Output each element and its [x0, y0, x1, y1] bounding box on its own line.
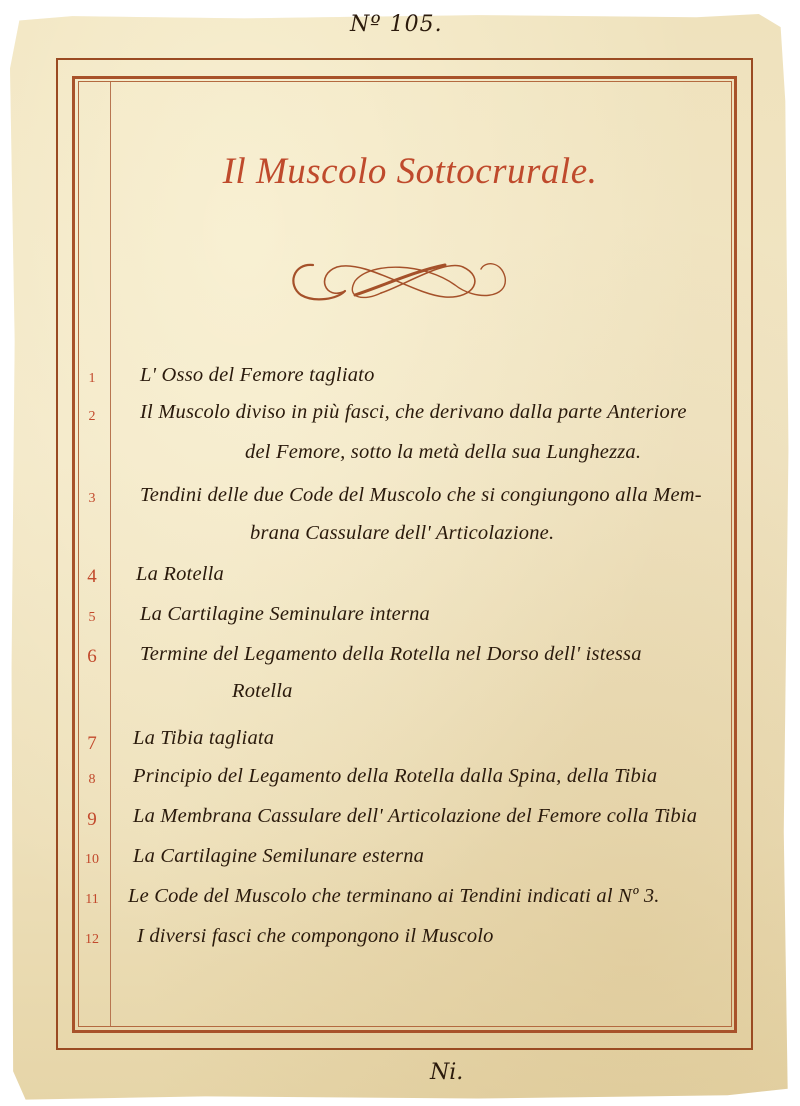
entry-number: 5: [80, 610, 104, 626]
entry-number: 6: [80, 646, 104, 668]
entry-text: Le Code del Muscolo che terminano ai Ten…: [128, 885, 660, 908]
entry-number: 12: [80, 932, 104, 948]
entry-text: La Cartilagine Semilunare esterna: [133, 845, 424, 868]
entry-text: Il Muscolo diviso in più fasci, che deri…: [140, 401, 687, 424]
entry-text: L' Osso del Femore tagliato: [140, 364, 375, 387]
entry-number: 3: [80, 491, 104, 507]
entry-text: Principio del Legamento della Rotella da…: [133, 765, 657, 788]
entry-text-continuation: brana Cassulare dell' Articolazione.: [250, 522, 554, 545]
legend-list: 1 L' Osso del Femore tagliato 2 Il Musco…: [0, 0, 800, 1106]
entry-number: 9: [80, 809, 104, 831]
entry-text: Termine del Legamento della Rotella nel …: [140, 643, 642, 666]
entry-text: La Rotella: [136, 563, 224, 586]
entry-text: Tendini delle due Code del Muscolo che s…: [140, 484, 702, 507]
entry-number: 7: [80, 733, 104, 755]
entry-number: 2: [80, 409, 104, 425]
entry-number: 10: [80, 852, 104, 868]
entry-number: 8: [80, 772, 104, 788]
entry-text: I diversi fasci che compongono il Muscol…: [137, 925, 494, 948]
entry-number: 1: [80, 371, 104, 387]
entry-number: 11: [80, 892, 104, 908]
entry-number: 4: [80, 566, 104, 588]
entry-text: La Membrana Cassulare dell' Articolazion…: [133, 805, 697, 828]
entry-text-continuation: Rotella: [232, 680, 293, 703]
entry-text: La Cartilagine Seminulare interna: [140, 603, 430, 626]
signature-mark-bottom: Ni.: [430, 1060, 463, 1085]
entry-text: La Tibia tagliata: [133, 727, 274, 750]
entry-text-continuation: del Femore, sotto la metà della sua Lung…: [245, 441, 641, 464]
